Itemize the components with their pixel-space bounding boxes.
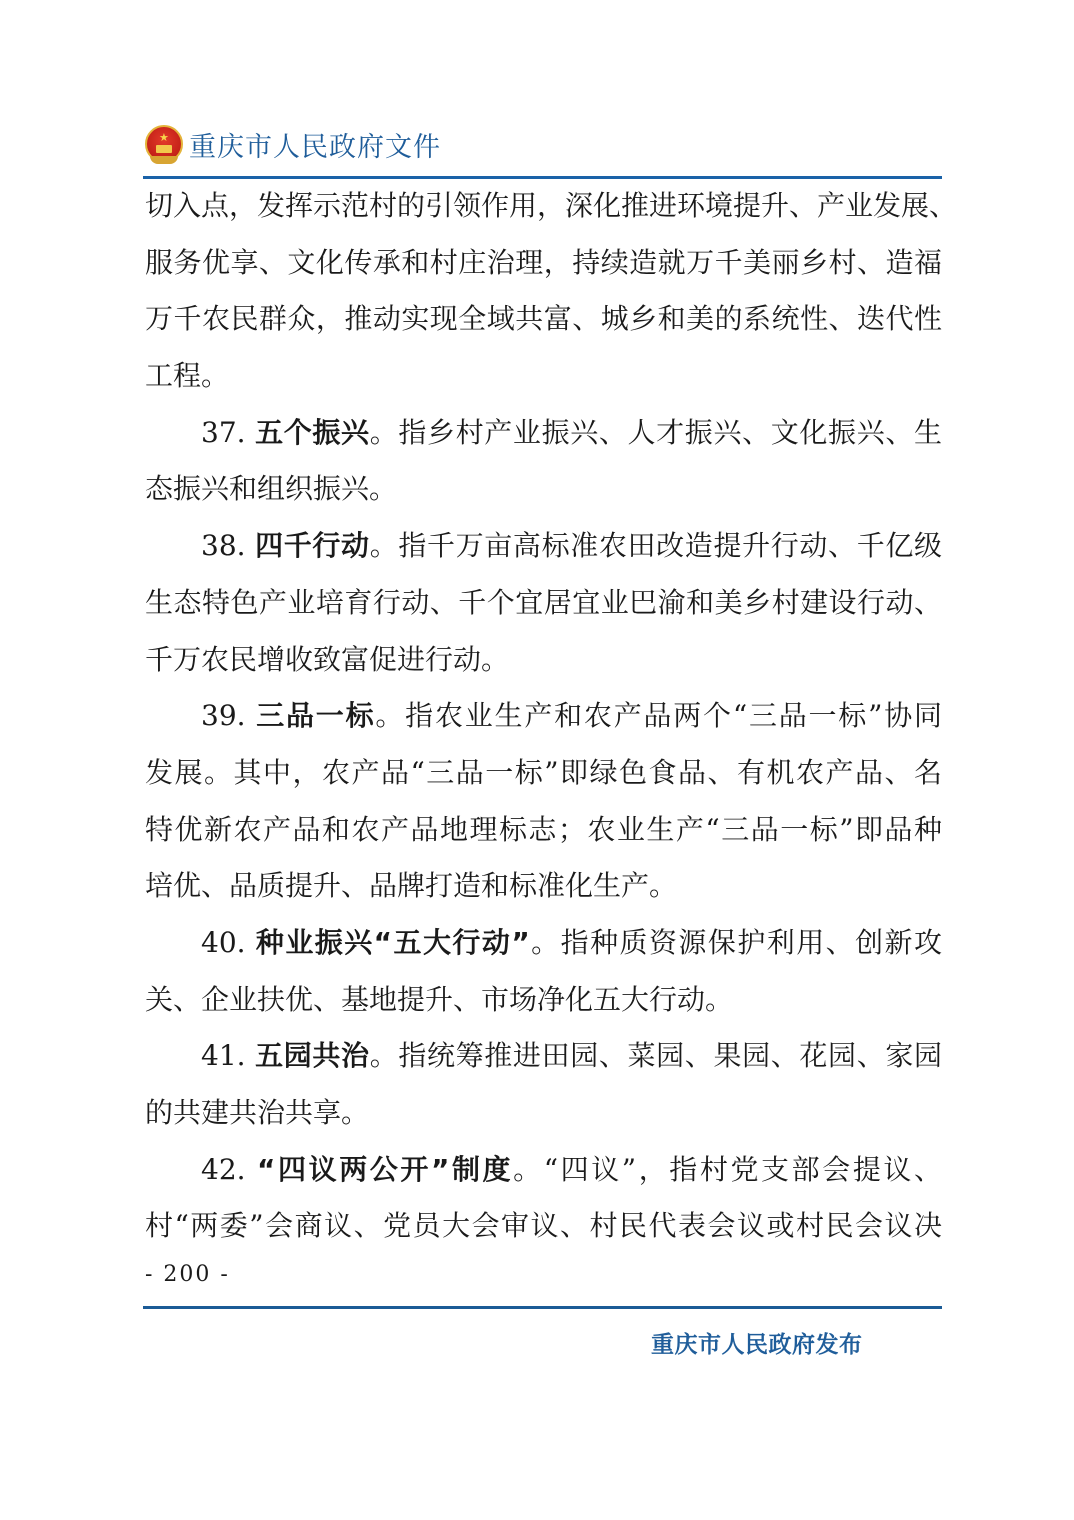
text-line: 服务优享、文化传承和村庄治理，持续造就万千美丽乡村、造福 [145,235,942,292]
text-line: 培优、品质提升、品牌打造和标准化生产。 [145,858,942,915]
item-definition: 。“四议”，指村党支部会提议、 [513,1153,942,1186]
item-term: 种业振兴“五大行动” [256,926,530,959]
item-definition: 。指种质资源保护利用、创新攻 [530,926,942,959]
text-line: 村“两委”会商议、党员大会审议、村民代表会议或村民会议决 [145,1198,942,1255]
glossary-item-41: 41. 五园共治。指统筹推进田园、菜园、果园、花园、家园 [145,1028,942,1085]
item-definition: 。指乡村产业振兴、人才振兴、文化振兴、生 [370,416,942,449]
text-line: 的共建共治共享。 [145,1085,942,1142]
item-number: 40. [201,926,246,959]
text-line: 万千农民群众，推动实现全域共富、城乡和美的系统性、迭代性 [145,291,942,348]
text-line: 特优新农产品和农产品地理标志；农业生产“三品一标”即品种 [145,802,942,859]
item-definition: 。指统筹推进田园、菜园、果园、花园、家园 [370,1039,942,1072]
document-body: 切入点，发挥示范村的引领作用，深化推进环境提升、产业发展、 服务优享、文化传承和… [145,178,942,1255]
text-line: 切入点，发挥示范村的引领作用，深化推进环境提升、产业发展、 [145,178,942,235]
text-line: 发展。其中，农产品“三品一标”即绿色食品、有机农产品、名 [145,745,942,802]
footer-divider [143,1306,942,1309]
text-line: 千万农民增收致富促进行动。 [145,632,942,689]
item-term: “四议两公开”制度 [257,1153,513,1186]
item-definition: 。指千万亩高标准农田改造提升行动、千亿级 [370,529,942,562]
item-term: 四千行动 [255,529,370,562]
item-number: 37. [201,416,246,449]
header-title: 重庆市人民政府文件 [189,125,441,164]
document-header: ★ 重庆市人民政府文件 [145,122,441,166]
text-line: 生态特色产业培育行动、千个宜居宜业巴渝和美乡村建设行动、 [145,575,942,632]
publisher-label: 重庆市人民政府发布 [651,1326,863,1359]
glossary-item-37: 37. 五个振兴。指乡村产业振兴、人才振兴、文化振兴、生 [145,405,942,462]
page-number: - 200 - [145,1262,230,1287]
item-term: 三品一标 [256,699,375,732]
item-number: 38. [201,529,246,562]
glossary-item-42: 42. “四议两公开”制度。“四议”，指村党支部会提议、 [145,1142,942,1199]
text-line: 关、企业扶优、基地提升、市场净化五大行动。 [145,972,942,1029]
glossary-item-40: 40. 种业振兴“五大行动”。指种质资源保护利用、创新攻 [145,915,942,972]
glossary-item-38: 38. 四千行动。指千万亩高标准农田改造提升行动、千亿级 [145,518,942,575]
item-number: 39. [201,699,246,732]
item-term: 五园共治 [255,1039,370,1072]
item-term: 五个振兴 [255,416,370,449]
text-line: 态振兴和组织振兴。 [145,461,942,518]
item-number: 41. [201,1039,246,1072]
text-line: 工程。 [145,348,942,405]
national-emblem-icon: ★ [145,125,183,163]
item-definition: 。指农业生产和农产品两个“三品一标”协同 [375,699,942,732]
glossary-item-39: 39. 三品一标。指农业生产和农产品两个“三品一标”协同 [145,688,942,745]
item-number: 42. [201,1153,246,1186]
